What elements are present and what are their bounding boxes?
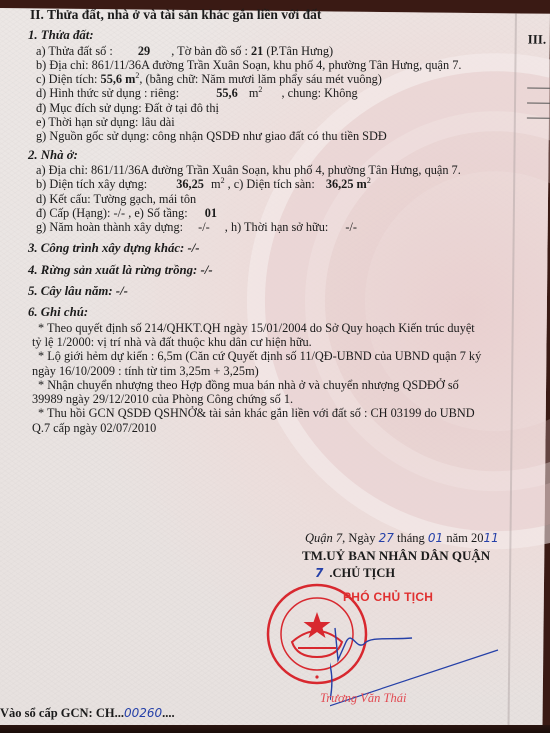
notes-list: * Theo quyết định số 214/QHKT.QH ngày 15…: [30, 321, 487, 435]
section-title: II. Thửa đất, nhà ở và tài sản khác gắn …: [30, 8, 500, 22]
month-label: tháng: [397, 531, 425, 545]
area-words: , (bằng chữ: Năm mươi lăm phẩy sáu mét v…: [139, 72, 382, 86]
unit: m: [211, 177, 221, 191]
parcel-number: 29: [138, 44, 150, 58]
registry-number: Vào sổ cấp GCN: CH...00260....: [0, 706, 175, 721]
document-body: II. Thửa đất, nhà ở và tài sản khác gắn …: [30, 8, 500, 435]
land-term: e) Thời hạn sử dụng: lâu dài: [30, 115, 500, 129]
parcel-label: a) Thửa đất số :: [36, 44, 113, 58]
month-handwritten: 01: [428, 531, 443, 545]
land-origin: g) Nguồn gốc sử dụng: công nhận QSDĐ như…: [30, 129, 500, 143]
note-item: * Theo quyết định số 214/QHKT.QH ngày 15…: [32, 321, 487, 350]
area-value: 55,6 m: [101, 72, 136, 86]
section-forest: 4. Rừng sản xuất là rừng trồng: -/-: [28, 263, 500, 277]
divider: [527, 103, 550, 104]
build-area-label: b) Diện tích xây dựng:: [36, 177, 147, 191]
floor-area-label: , c) Diện tích sàn:: [228, 177, 315, 191]
registry-suffix: ....: [162, 706, 175, 720]
ward: (P.Tân Hưng): [266, 44, 333, 58]
section-iii-title: III.: [528, 32, 547, 47]
year-handwritten: 11: [483, 531, 498, 545]
house-structure: d) Kết cấu: Tường gạch, mái tôn: [30, 192, 500, 206]
grade-label: đ) Cấp (Hạng): -/- , e) Số tầng:: [36, 206, 188, 220]
ownership-term-label: , h) Thời hạn sở hữu:: [225, 220, 328, 234]
house-heading: 2. Nhà ở:: [28, 148, 500, 162]
year-label: năm 20: [446, 531, 483, 545]
section-other-works: 3. Công trình xây dựng khác: -/-: [28, 241, 500, 255]
land-use-form: d) Hình thức sử dụng : riêng: 55,6 m2 , …: [30, 86, 500, 100]
use-form-label: d) Hình thức sử dụng : riêng:: [36, 86, 179, 100]
district-handwritten: 7: [315, 566, 323, 580]
unit: m: [249, 86, 259, 100]
place: Quận 7: [305, 531, 342, 545]
section-perennial: 5. Cây lâu năm: -/-: [28, 284, 500, 298]
house-address: a) Địa chỉ: 861/11/36A đường Trần Xuân S…: [30, 163, 500, 177]
day-handwritten: 27: [379, 531, 394, 545]
area-label: c) Diện tích:: [36, 72, 97, 86]
signer-name: Trương Văn Thái: [320, 691, 406, 706]
build-area-value: 36,25: [176, 177, 204, 191]
land-area: c) Diện tích: 55,6 m2, (bằng chữ: Năm mư…: [30, 72, 500, 86]
land-heading: 1. Thửa đất:: [28, 28, 500, 42]
completion-value: -/-: [198, 220, 210, 234]
land-address: b) Địa chỉ: 861/11/36A đường Trần Xuân S…: [30, 58, 500, 72]
note-item: * Lộ giới hẻm dự kiến : 6,5m (Căn cứ Quy…: [32, 349, 487, 378]
note-item: * Thu hồi GCN QSDĐ QSHNỞ& tài sản khác g…: [32, 406, 487, 435]
note-item: * Nhận chuyển nhượng theo Hợp đồng mua b…: [32, 378, 487, 407]
private-area: 55,6: [216, 86, 238, 100]
section-iii-header: III.: [527, 32, 550, 119]
floor-area-value: 36,25 m: [326, 177, 367, 191]
floors-value: 01: [205, 206, 217, 220]
notes-heading: 6. Ghi chú:: [28, 305, 500, 319]
chair-title: 7.CHỦ TỊCH: [315, 566, 395, 581]
day-label: , Ngày: [342, 531, 375, 545]
land-purpose: đ) Mục đích sử dụng: Đất ở tại đô thị: [30, 101, 500, 115]
ownership-term-value: -/-: [345, 220, 357, 234]
land-parcel: a) Thửa đất số : 29 , Tờ bản đồ số : 21 …: [30, 44, 500, 58]
house-completion: g) Năm hoàn thành xây dựng: -/- , h) Thờ…: [30, 220, 500, 234]
issue-date: Quận 7, Ngày 27 tháng 01 năm 2011: [305, 531, 499, 546]
house-grade: đ) Cấp (Hạng): -/- , e) Số tầng: 01: [30, 206, 500, 220]
registry-number-handwritten: 00260: [124, 706, 162, 720]
completion-label: g) Năm hoàn thành xây dựng:: [36, 220, 183, 234]
shared-area: , chung: Không: [281, 86, 357, 100]
house-area: b) Diện tích xây dựng: 36,25 m2 , c) Diệ…: [30, 177, 500, 191]
registry-label: Vào sổ cấp GCN: CH...: [0, 706, 124, 720]
issuing-authority: TM.UỶ BAN NHÂN DÂN QUẬN: [302, 548, 490, 564]
chair-label: .CHỦ TỊCH: [329, 566, 395, 580]
map-number: 21: [251, 44, 263, 58]
map-label: , Tờ bản đồ số :: [171, 44, 248, 58]
background-edge: [0, 725, 550, 733]
divider: [527, 88, 550, 89]
